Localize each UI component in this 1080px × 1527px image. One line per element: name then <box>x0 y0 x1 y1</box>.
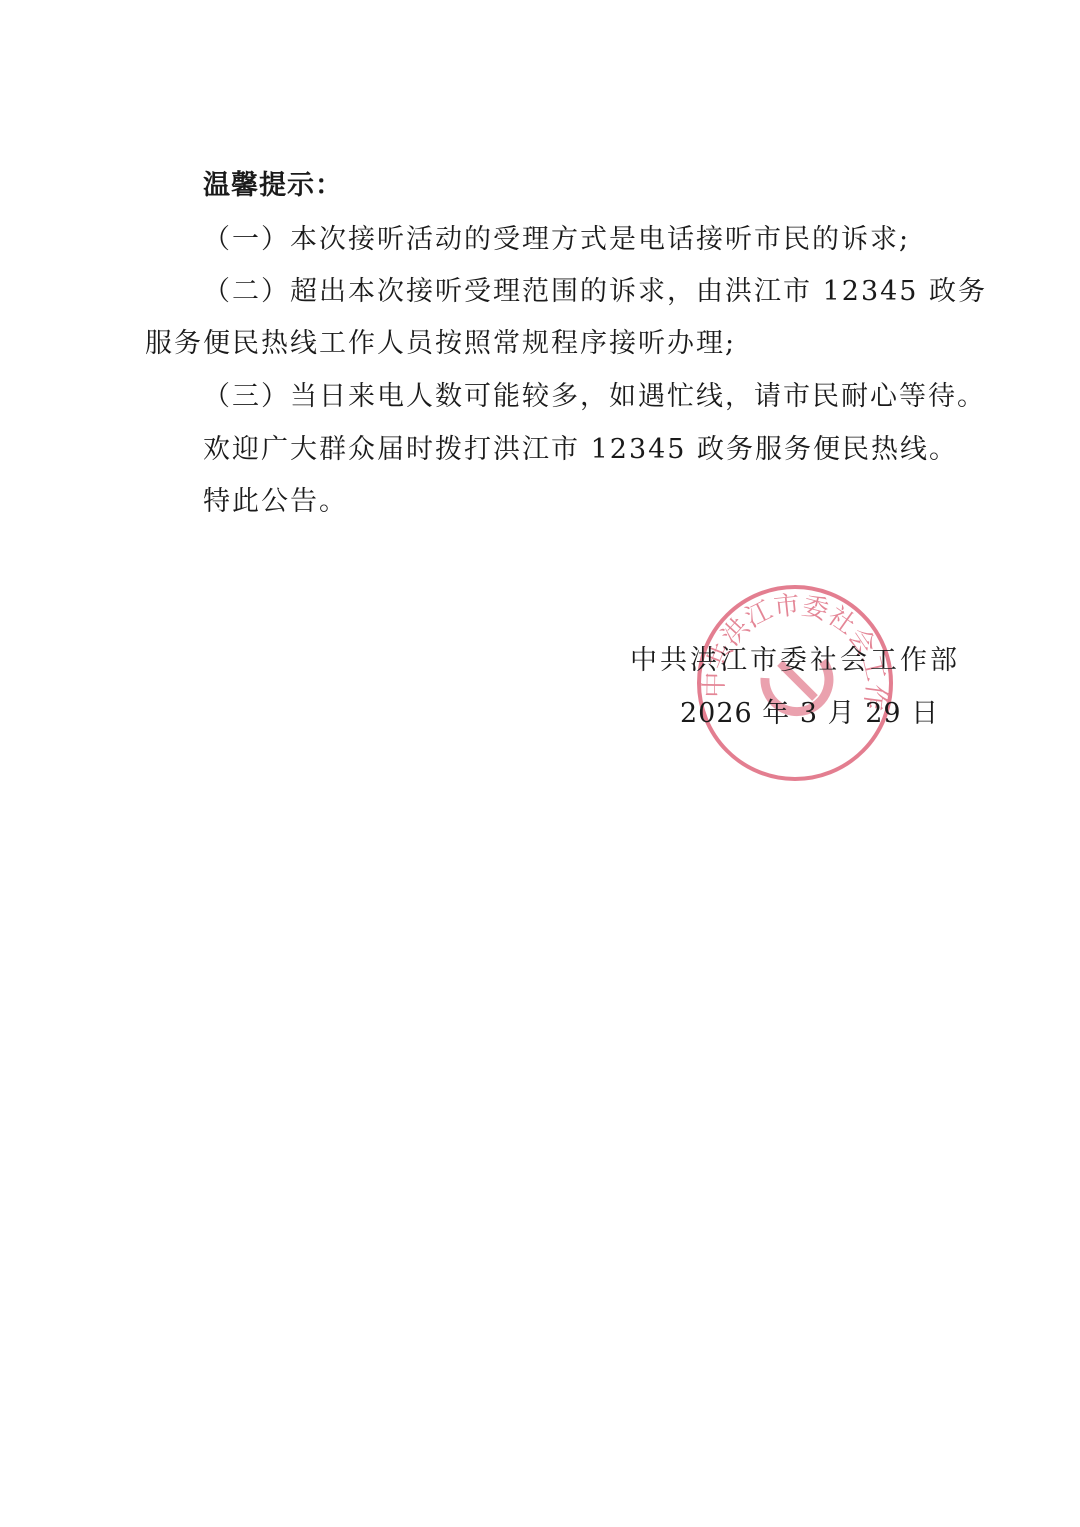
tip-item-2: （二）超出本次接听受理范围的诉求，由洪江市 12345 政务 <box>203 274 987 310</box>
official-seal-icon: 中共洪江市委社会工作部 <box>695 583 895 783</box>
tip-item-2-cont: 服务便民热线工作人员按照常规程序接听办理; <box>145 326 736 362</box>
closing-text: 特此公告。 <box>203 484 348 520</box>
tip-item-1: （一）本次接听活动的受理方式是电话接听市民的诉求; <box>203 222 910 258</box>
welcome-text: 欢迎广大群众届时拨打洪江市 12345 政务服务便民热线。 <box>203 432 958 468</box>
signature-org: 中共洪江市委社会工作部 <box>630 643 960 679</box>
tips-heading: 温馨提示： <box>203 168 343 204</box>
tip-item-3: （三）当日来电人数可能较多，如遇忙线，请市民耐心等待。 <box>203 379 986 415</box>
signature-date: 2026 年 3 月 29 日 <box>680 696 939 732</box>
